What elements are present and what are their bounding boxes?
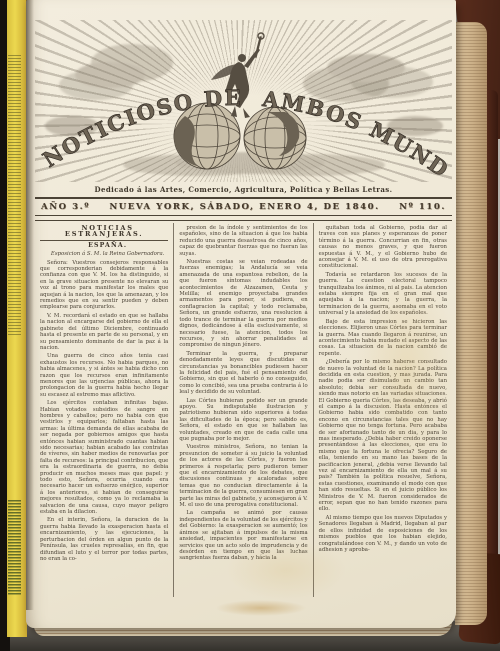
paragraph: Terminar la guerra, y preparar denodadam… (179, 351, 307, 396)
motto-line: Dedicado á las Artes, Comercio, Agricult… (35, 185, 452, 194)
paragraph: quitaban toda al Gobierno, podia dar al … (319, 225, 447, 270)
adjacent-yellow-page (7, 0, 27, 637)
column-left: NOTICIAS ESTRANJERAS. ESPAÑA. Esposicion… (35, 223, 173, 597)
adjacent-page-print (8, 55, 21, 335)
column-right: quitaban toda al Gobierno, podia dar al … (313, 223, 452, 597)
paragraph: Señora: Vuestros consejeros responsables… (40, 260, 168, 311)
adjacent-page-print-lower (8, 500, 21, 595)
dateline-date: NUEVA YORK, SÁBADO, ENERO 4, DE 1840. (109, 202, 379, 212)
column-middle-body: presion de la índole y sentimientos de l… (179, 225, 307, 562)
paragraph: ¿Debería por lo mismo haberse consultado… (319, 359, 447, 513)
globe-right (244, 107, 306, 169)
double-rule (35, 215, 452, 221)
dateline: AÑO 3.º NUEVA YORK, SÁBADO, ENERO 4, DE … (35, 199, 452, 214)
dateline-issue-number: Nº 110. (399, 202, 446, 212)
dateline-year: AÑO 3.º (41, 202, 90, 212)
paragraph: presion de la índole y sentimientos de l… (179, 225, 307, 257)
section-header: NOTICIAS ESTRANJERAS. (40, 225, 168, 241)
paragraph: Una guerra de cinco años tenia casi exha… (40, 353, 168, 398)
masthead-engraving: NOTICIOSO DE AMBOS MUNDOS. (35, 20, 452, 182)
article-columns: NOTICIAS ESTRANJERAS. ESPAÑA. Esposicion… (35, 223, 452, 597)
paragraph: Vuestros ministros, Señora, no tenian la… (179, 444, 307, 508)
paragraph: Las Córtes hubieran podido ser un grande… (179, 398, 307, 443)
article-subhead: Esposicion á S. M. la Reina Gobernadora. (40, 251, 168, 257)
paragraph: En el interin, Señora, la duracion de la… (40, 517, 168, 562)
book-fore-edge (455, 22, 487, 625)
page-content: NOTICIOSO DE AMBOS MUNDOS. Dedicado á la… (26, 0, 456, 628)
column-middle: presion de la índole y sentimientos de l… (173, 223, 312, 597)
paragraph: V. M. recordará el estado en que se hall… (40, 313, 168, 351)
paragraph: La campaña se animó por causas independi… (179, 510, 307, 561)
column-left-body: Señora: Vuestros consejeros responsables… (40, 260, 168, 563)
engraving-svg: NOTICIOSO DE AMBOS MUNDOS. (35, 20, 452, 182)
page-edge-lines (455, 22, 487, 625)
paragraph: Al mismo tiempo que los nuevos Diputados… (319, 515, 447, 553)
paragraph: Los ejércitos contaban infinitas bajas. … (40, 400, 168, 515)
country-header: ESPAÑA. (40, 243, 168, 249)
paragraph: Todavía se retardaron los sucesos de la … (319, 272, 447, 317)
column-right-body: quitaban toda al Gobierno, podia dar al … (319, 225, 447, 553)
photo-of-bound-newspaper: NOTICIOSO DE AMBOS MUNDOS. Dedicado á la… (0, 0, 500, 651)
paragraph: Nuestras costas se veian rodeadas de fue… (179, 259, 307, 349)
newspaper-page: NOTICIOSO DE AMBOS MUNDOS. Dedicado á la… (26, 0, 456, 628)
paragraph: Bajo de esta impresion se hicieron las e… (319, 319, 447, 357)
